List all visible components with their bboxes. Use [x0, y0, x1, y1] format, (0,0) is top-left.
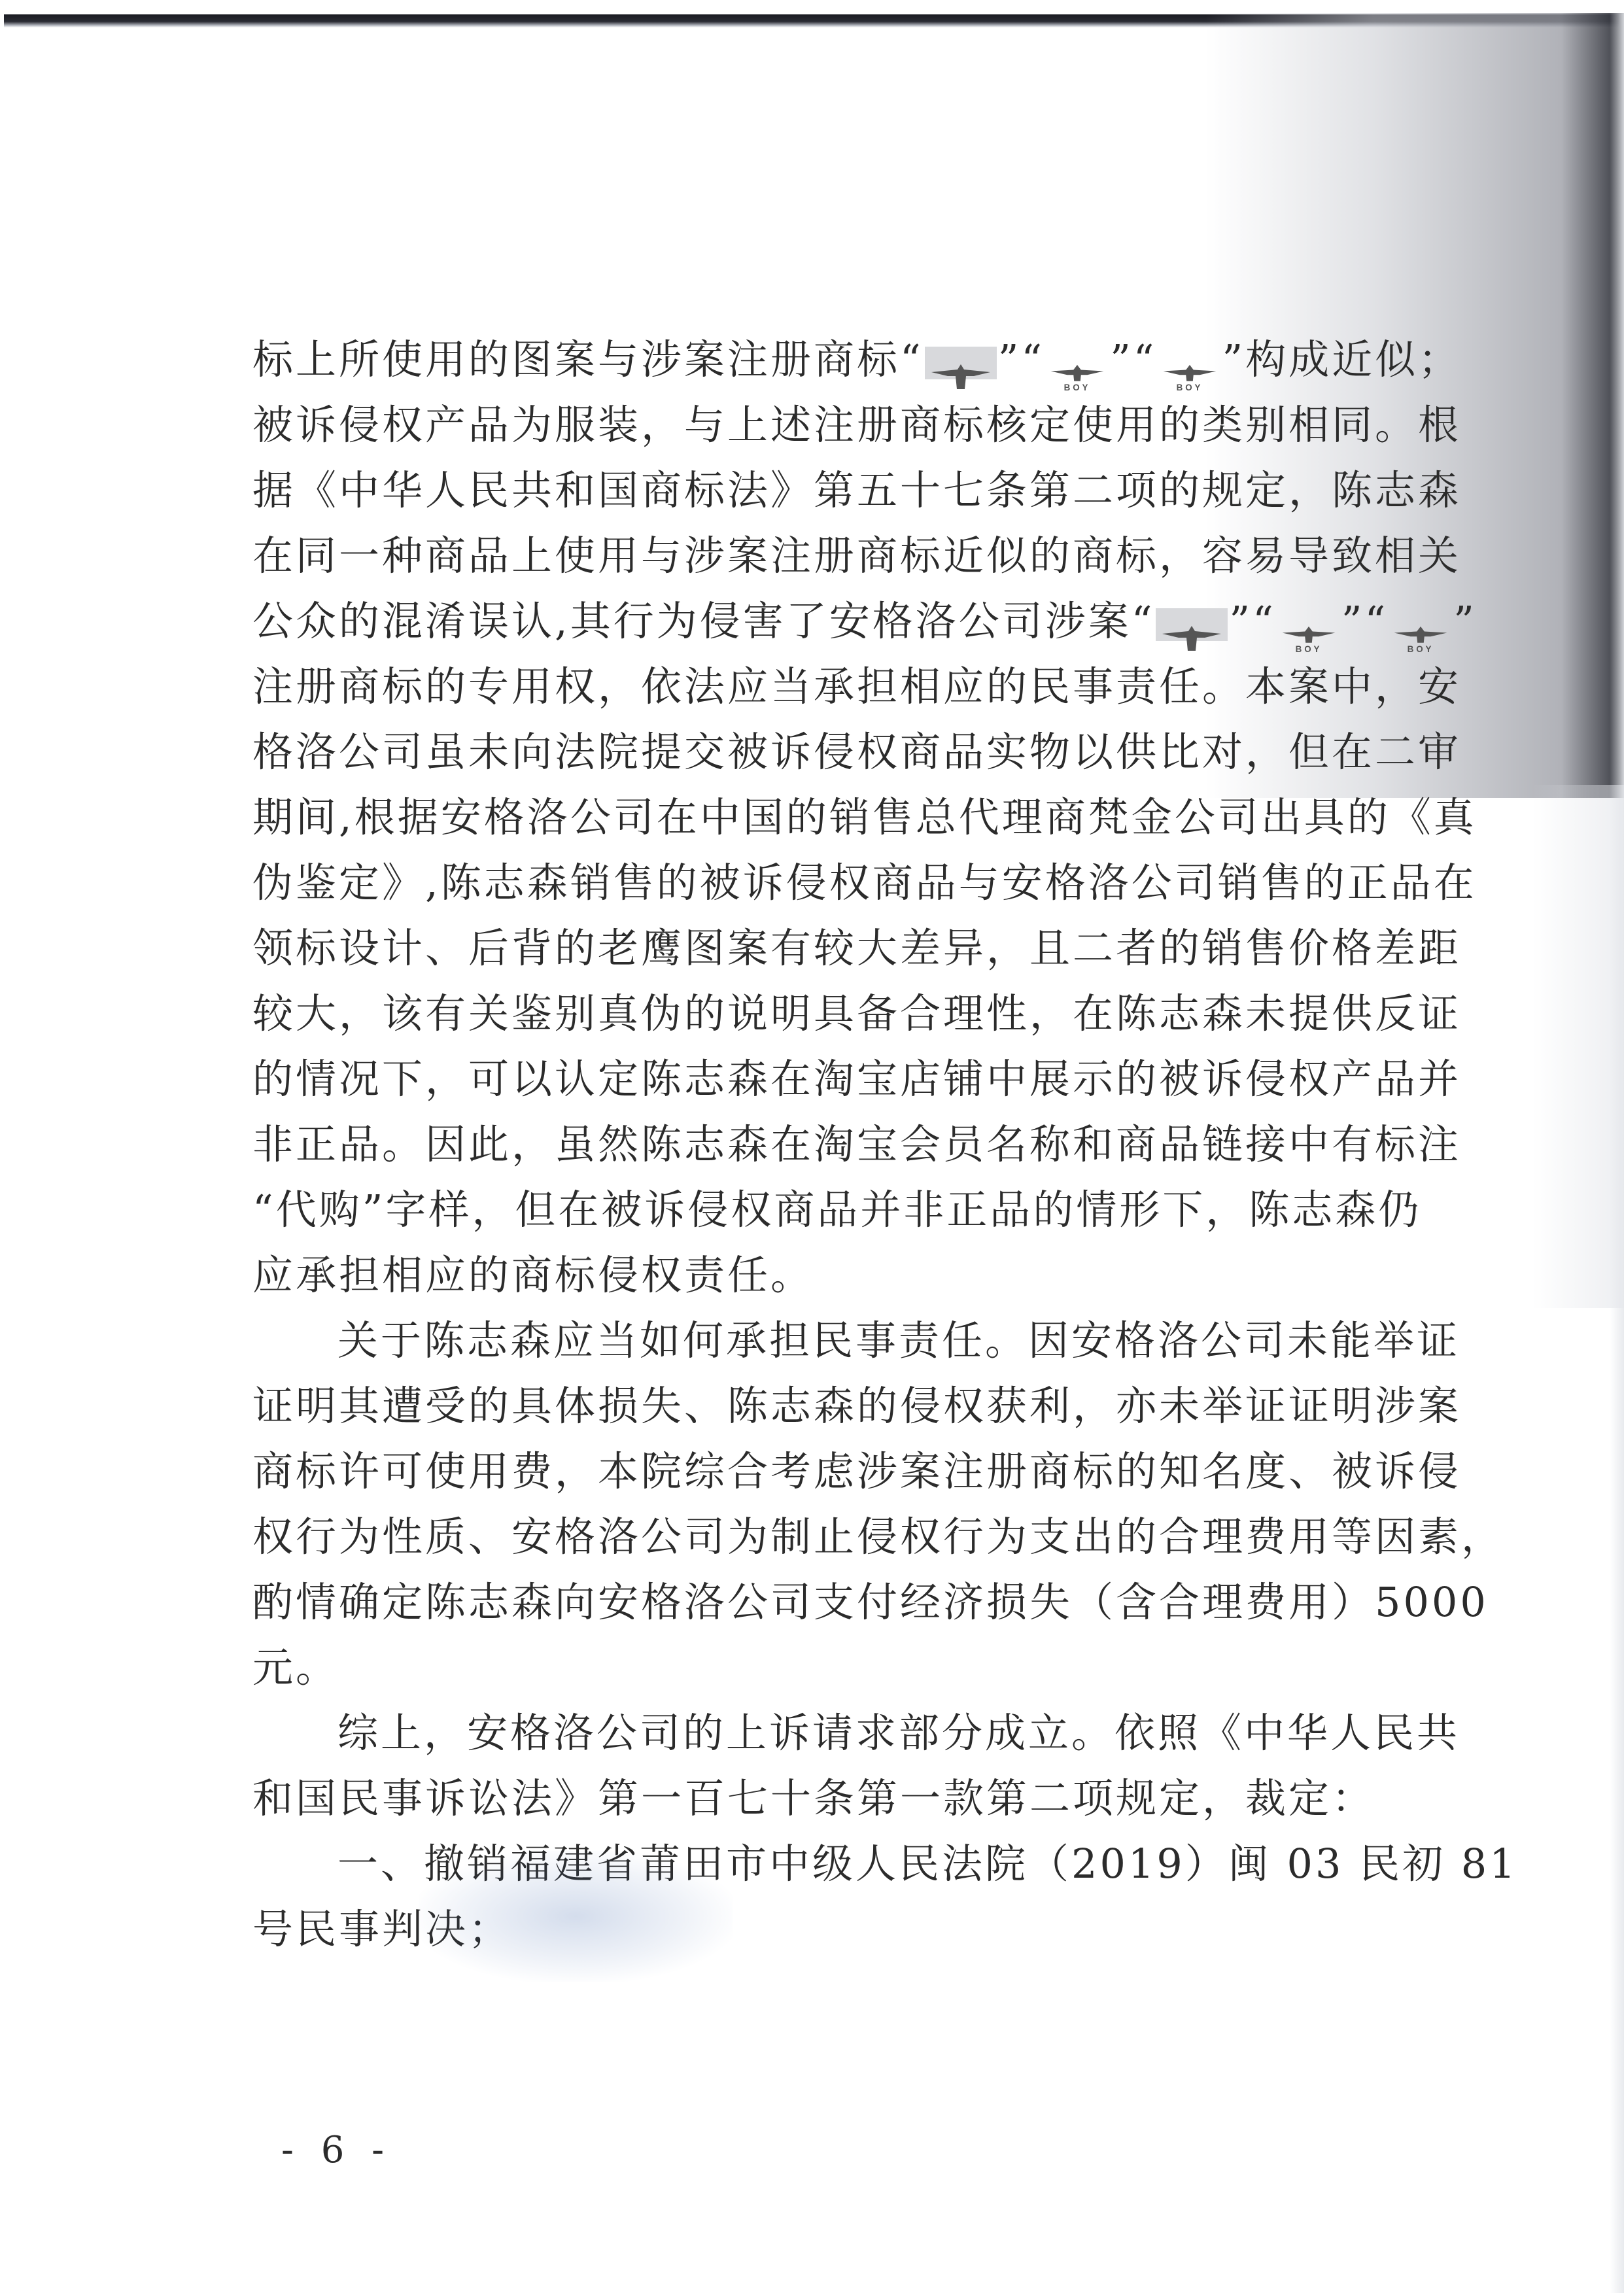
document-body: 标上所使用的图案与涉案注册商标“”“BOY”“BOY”构成近似； 被诉侵权产品为… [252, 327, 1423, 1962]
text-line: 酌情确定陈志森向安格洛公司支付经济损失（含合理费用）5000 [252, 1570, 1423, 1635]
boy-eagle-trademark-icon: BOY [1046, 347, 1109, 379]
boy-eagle-trademark-icon: BOY [1389, 609, 1452, 640]
text-line: 伪鉴定》,陈志森销售的被诉侵权商品与安格洛公司销售的正品在 [252, 850, 1423, 916]
text-segment: ”构成近似； [1222, 336, 1462, 383]
text-line: 的情况下，可以认定陈志森在淘宝店铺中展示的被诉侵权产品并 [252, 1046, 1423, 1112]
text-line: 一、撤销福建省莆田市中级人民法院（2019）闽 03 民初 81 [252, 1831, 1423, 1897]
svg-text:BOY: BOY [1176, 383, 1203, 392]
text-line: 据《中华人民共和国商标法》第五十七条第二项的规定，陈志森 [252, 458, 1423, 523]
svg-text:BOY: BOY [1064, 383, 1091, 392]
text-line: 较大，该有关鉴别真伪的说明具备合理性，在陈志森未提供反证 [252, 981, 1423, 1046]
text-segment: 公众的混淆误认,其行为侵害了安格洛公司涉案“ [252, 597, 1154, 645]
text-line: 权行为性质、安格洛公司为制止侵权行为支出的合理费用等因素， [252, 1504, 1423, 1570]
text-line: 商标许可使用费，本院综合考虑涉案注册商标的知名度、被诉侵 [252, 1439, 1423, 1504]
text-line: 期间,根据安格洛公司在中国的销售总代理商梵金公司出具的《真 [252, 785, 1423, 850]
paragraph-infringement-analysis: 标上所使用的图案与涉案注册商标“”“BOY”“BOY”构成近似； 被诉侵权产品为… [252, 327, 1423, 1308]
text-segment: ”“ [1229, 597, 1275, 645]
eagle-trademark-icon [1156, 608, 1228, 641]
boy-eagle-trademark-icon: BOY [1277, 609, 1340, 640]
text-line: 证明其遭受的具体损失、陈志森的侵权获利，亦未举证证明涉案 [252, 1373, 1423, 1439]
paragraph-ruling-item-1: 一、撤销福建省莆田市中级人民法院（2019）闽 03 民初 81 号民事判决； [252, 1831, 1423, 1962]
page-number: - 6 - [281, 2129, 392, 2171]
text-segment: ”“ [998, 336, 1045, 383]
text-line-with-trademarks: 标上所使用的图案与涉案注册商标“”“BOY”“BOY”构成近似； [252, 327, 1423, 392]
text-line: 号民事判决； [252, 1897, 1423, 1962]
paragraph-civil-liability: 关于陈志森应当如何承担民事责任。因安格洛公司未能举证 证明其遭受的具体损失、陈志… [252, 1308, 1423, 1700]
eagle-trademark-icon [925, 347, 997, 379]
text-line: 综上，安格洛公司的上诉请求部分成立。依照《中华人民共 [252, 1700, 1423, 1766]
text-line: 在同一种商品上使用与涉案注册商标近似的商标，容易导致相关 [252, 523, 1423, 589]
text-line: “代购”字样，但在被诉侵权商品并非正品的情形下，陈志森仍 [252, 1177, 1423, 1243]
text-line-with-trademarks: 公众的混淆误认,其行为侵害了安格洛公司涉案“”“BOY”“BOY” [252, 589, 1423, 654]
text-line: 被诉侵权产品为服装，与上述注册商标核定使用的类别相同。根 [252, 392, 1423, 458]
svg-text:BOY: BOY [1408, 644, 1434, 654]
text-segment: 标上所使用的图案与涉案注册商标“ [252, 336, 924, 383]
text-line: 元。 [252, 1635, 1423, 1700]
text-segment: ”“ [1341, 597, 1388, 645]
boy-eagle-trademark-icon: BOY [1158, 347, 1221, 379]
text-line: 非正品。因此，虽然陈志森在淘宝会员名称和商品链接中有标注 [252, 1112, 1423, 1177]
text-segment: ” [1453, 597, 1477, 645]
text-segment: ”“ [1110, 336, 1156, 383]
paragraph-conclusion: 综上，安格洛公司的上诉请求部分成立。依照《中华人民共 和国民事诉讼法》第一百七十… [252, 1700, 1423, 1831]
text-line: 注册商标的专用权，依法应当承担相应的民事责任。本案中，安 [252, 654, 1423, 719]
scan-top-border [4, 14, 1619, 27]
text-line: 应承担相应的商标侵权责任。 [252, 1243, 1423, 1308]
text-line: 关于陈志森应当如何承担民事责任。因安格洛公司未能举证 [252, 1308, 1423, 1373]
scan-right-edge [1610, 13, 1624, 2293]
svg-text:BOY: BOY [1295, 644, 1322, 654]
text-line: 领标设计、后背的老鹰图案有较大差异，且二者的销售价格差距 [252, 916, 1423, 981]
text-line: 和国民事诉讼法》第一百七十条第一款第二项规定，裁定： [252, 1766, 1423, 1831]
text-line: 格洛公司虽未向法院提交被诉侵权商品实物以供比对，但在二审 [252, 719, 1423, 785]
